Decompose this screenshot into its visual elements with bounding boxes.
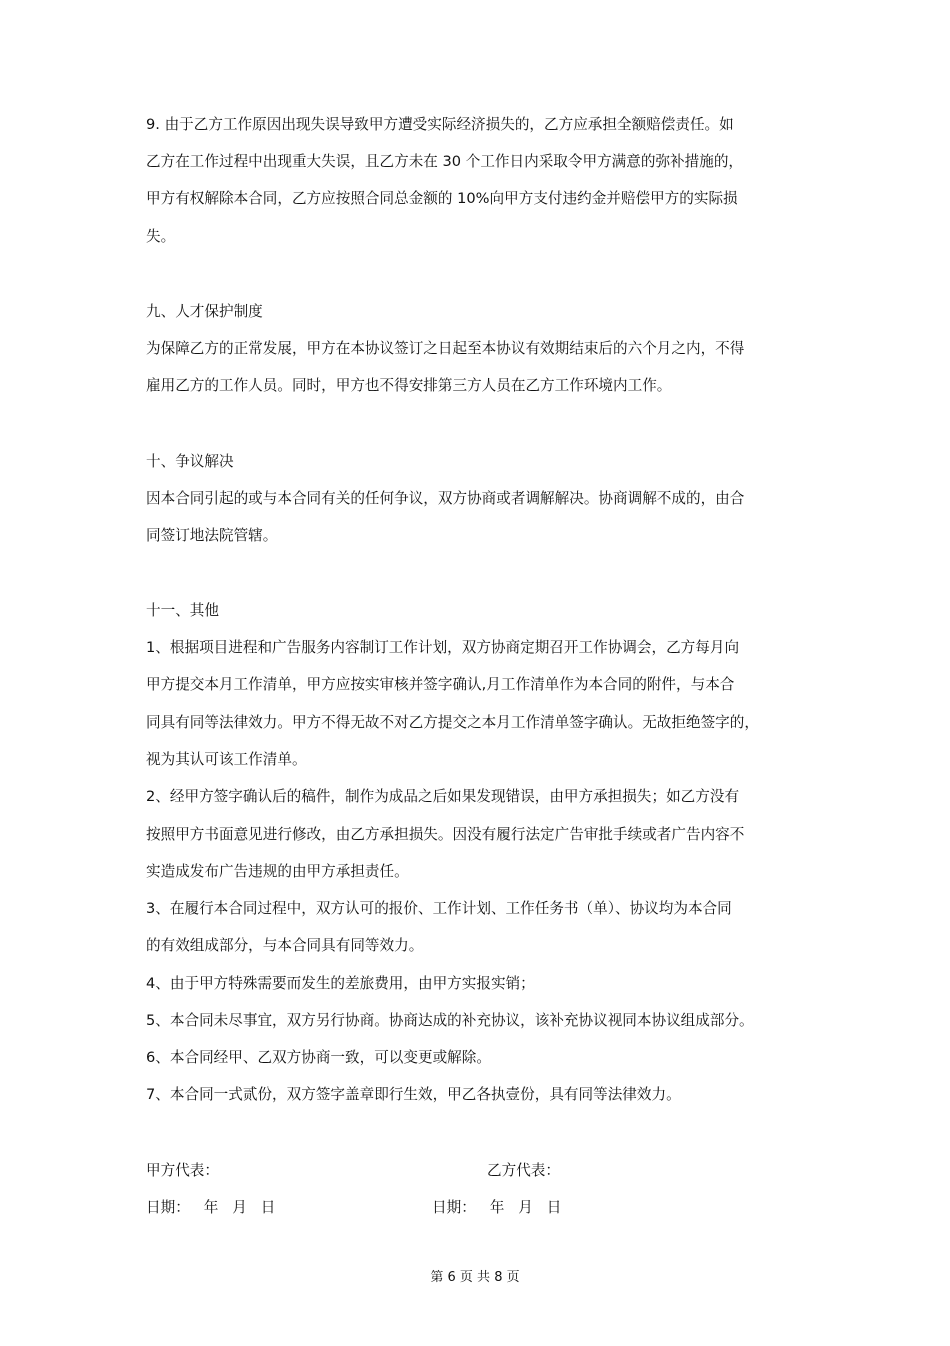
text-line: 九、人才保护制度 (146, 302, 263, 322)
text-line: 7、本合同一式贰份，双方签字盖章即行生效，甲乙各执壹份，具有同等法律效力。 (146, 1085, 681, 1105)
text-line: 1、根据项目进程和广告服务内容制订工作计划，双方协商定期召开工作协调会，乙方每月… (146, 638, 739, 658)
party-a-date-label: 日期： 年 月 日 (146, 1198, 275, 1218)
text-line: 乙方在工作过程中出现重大失误，且乙方未在 30 个工作日内采取令甲方满意的弥补措… (146, 152, 743, 172)
text-line: 同具有同等法律效力。甲方不得无故不对乙方提交之本月工作清单签字确认。无故拒绝签字… (146, 713, 759, 733)
text-line: 按照甲方书面意见进行修改，由乙方承担损失。因没有履行法定广告审批手续或者广告内容… (146, 825, 744, 845)
text-line: 雇用乙方的工作人员。同时，甲方也不得安排第三方人员在乙方工作环境内工作。 (146, 376, 671, 396)
text-line: 实造成发布广告违规的由甲方承担责任。 (146, 862, 409, 882)
text-line: 失。 (146, 227, 175, 247)
text-line: 9. 由于乙方工作原因出现失误导致甲方遭受实际经济损失的，乙方应承担全额赔偿责任… (146, 115, 734, 135)
text-line: 6、本合同经甲、乙双方协商一致，可以变更或解除。 (146, 1048, 491, 1068)
text-line: 十、争议解决 (146, 452, 234, 472)
document-page: 9. 由于乙方工作原因出现失误导致甲方遭受实际经济损失的，乙方应承担全额赔偿责任… (0, 0, 950, 1346)
text-line: 因本合同引起的或与本合同有关的任何争议，双方协商或者调解解决。协商调解不成的，由… (146, 489, 744, 509)
text-line: 视为其认可该工作清单。 (146, 750, 307, 770)
text-line: 为保障乙方的正常发展，甲方在本协议签订之日起至本协议有效期结束后的六个月之内，不… (146, 339, 744, 359)
text-line: 2、经甲方签字确认后的稿件，制作为成品之后如果发现错误，由甲方承担损失；如乙方没… (146, 787, 739, 807)
text-line: 3、在履行本合同过程中，双方认可的报价、工作计划、工作任务书（单）、协议均为本合… (146, 899, 732, 919)
text-line: 的有效组成部分，与本合同具有同等效力。 (146, 936, 423, 956)
party-b-representative-label: 乙方代表： (487, 1161, 560, 1181)
text-line: 甲方有权解除本合同，乙方应按照合同总金额的 10%向甲方支付违约金并赔偿甲方的实… (146, 189, 738, 209)
text-line: 4、由于甲方特殊需要而发生的差旅费用，由甲方实报实销； (146, 974, 535, 994)
text-line: 同签订地法院管辖。 (146, 526, 277, 546)
page-number-footer: 第 6 页 共 8 页 (0, 1268, 950, 1288)
party-a-representative-label: 甲方代表： (146, 1161, 219, 1181)
party-b-date-label: 日期： 年 月 日 (432, 1198, 561, 1218)
text-line: 5、本合同未尽事宜，双方另行协商。协商达成的补充协议，该补充协议视同本协议组成部… (146, 1011, 754, 1031)
text-line: 十一、其他 (146, 601, 219, 621)
text-line: 甲方提交本月工作清单，甲方应按实审核并签字确认,月工作清单作为本合同的附件，与本… (146, 675, 734, 695)
